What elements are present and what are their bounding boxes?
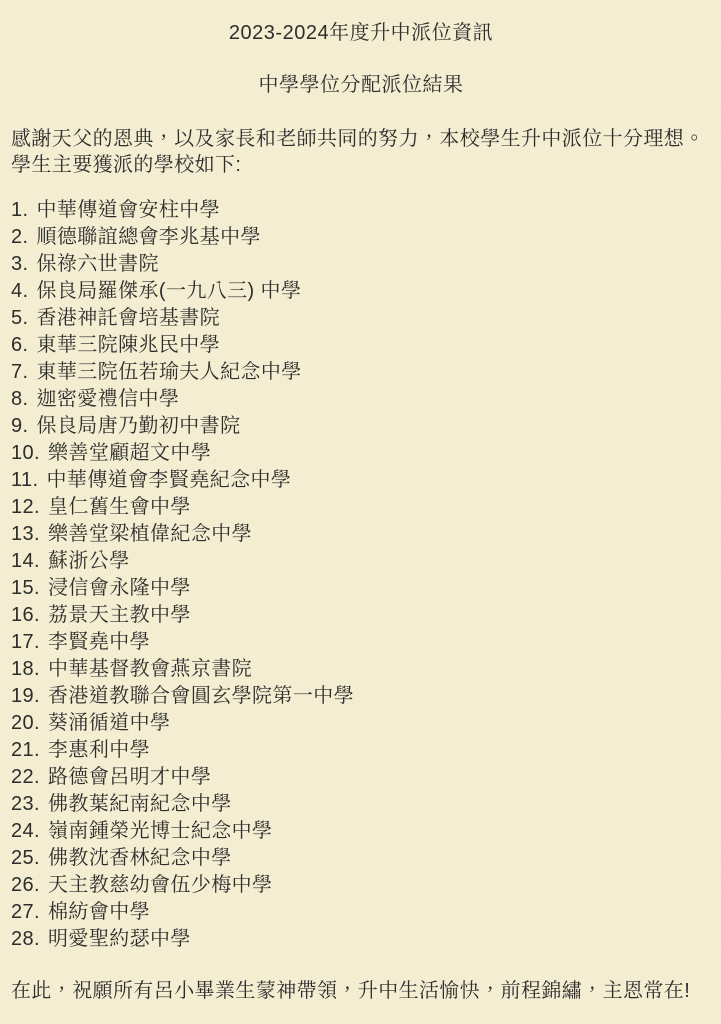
school-list-item: 12.皇仁舊生會中學 — [11, 494, 711, 521]
school-name: 天主教慈幼會伍少梅中學 — [48, 874, 272, 896]
school-rank: 22. — [11, 766, 40, 788]
school-rank: 10. — [11, 442, 40, 464]
school-list-item: 25.佛教沈香林紀念中學 — [11, 845, 711, 872]
school-list-item: 11.中華傳道會李賢堯紀念中學 — [11, 467, 711, 494]
school-list-item: 17.李賢堯中學 — [11, 629, 711, 656]
school-rank: 8. — [11, 388, 28, 410]
school-rank: 2. — [11, 226, 28, 248]
school-name: 棉紡會中學 — [48, 901, 150, 923]
school-name: 中華傳道會安柱中學 — [36, 199, 220, 221]
school-rank: 9. — [11, 415, 28, 437]
school-name: 佛教沈香林紀念中學 — [48, 847, 232, 869]
school-list-item: 10.樂善堂顧超文中學 — [11, 440, 711, 467]
school-name: 順德聯誼總會李兆基中學 — [36, 226, 260, 248]
school-name: 嶺南鍾榮光博士紀念中學 — [48, 820, 272, 842]
school-list-item: 21.李惠利中學 — [11, 737, 711, 764]
school-rank: 6. — [11, 334, 28, 356]
school-rank: 3. — [11, 253, 28, 275]
school-rank: 27. — [11, 901, 40, 923]
page-subtitle: 中學學位分配派位結果 — [11, 72, 711, 99]
school-rank: 23. — [11, 793, 40, 815]
school-name: 蘇浙公學 — [48, 550, 130, 572]
school-list-item: 20.葵涌循道中學 — [11, 710, 711, 737]
school-rank: 11. — [11, 469, 39, 491]
school-name: 浸信會永隆中學 — [48, 577, 191, 599]
school-name: 李惠利中學 — [48, 739, 150, 761]
school-rank: 12. — [11, 496, 40, 518]
school-name: 中華基督教會燕京書院 — [48, 658, 252, 680]
intro-paragraph: 感謝天父的恩典，以及家長和老師共同的努力，本校學生升中派位十分理想。 學生主要獲… — [11, 126, 711, 178]
page-title: 2023-2024年度升中派位資訊 — [11, 20, 711, 47]
school-name: 保祿六世書院 — [36, 253, 158, 275]
school-rank: 18. — [11, 658, 40, 680]
school-rank: 7. — [11, 361, 28, 383]
school-name: 中華傳道會李賢堯紀念中學 — [47, 469, 292, 491]
school-rank: 17. — [11, 631, 40, 653]
school-name: 東華三院伍若瑜夫人紀念中學 — [36, 361, 301, 383]
school-name: 樂善堂顧超文中學 — [48, 442, 211, 464]
school-list-item: 15.浸信會永隆中學 — [11, 575, 711, 602]
school-list-item: 13.樂善堂梁植偉紀念中學 — [11, 521, 711, 548]
school-list-item: 27.棉紡會中學 — [11, 899, 711, 926]
school-rank: 21. — [11, 739, 40, 761]
school-name: 皇仁舊生會中學 — [48, 496, 191, 518]
school-name: 葵涌循道中學 — [48, 712, 170, 734]
school-list-item: 1.中華傳道會安柱中學 — [11, 197, 711, 224]
school-name: 樂善堂梁植偉紀念中學 — [48, 523, 252, 545]
school-list-item: 8.迦密愛禮信中學 — [11, 386, 711, 413]
school-rank: 24. — [11, 820, 40, 842]
school-list-item: 9.保良局唐乃勤初中書院 — [11, 413, 711, 440]
school-name: 香港道教聯合會圓玄學院第一中學 — [48, 685, 354, 707]
school-rank: 13. — [11, 523, 40, 545]
school-name: 東華三院陳兆民中學 — [36, 334, 220, 356]
notice-page: 2023-2024年度升中派位資訊 中學學位分配派位結果 感謝天父的恩典，以及家… — [0, 20, 721, 1005]
school-name: 路德會呂明才中學 — [48, 766, 211, 788]
school-name: 明愛聖約瑟中學 — [48, 928, 191, 950]
school-rank: 16. — [11, 604, 40, 626]
school-rank: 5. — [11, 307, 28, 329]
school-list-item: 2.順德聯誼總會李兆基中學 — [11, 224, 711, 251]
school-name: 香港神託會培基書院 — [36, 307, 220, 329]
school-rank: 25. — [11, 847, 40, 869]
school-list-item: 18.中華基督教會燕京書院 — [11, 656, 711, 683]
school-rank: 26. — [11, 874, 40, 896]
school-name: 保良局唐乃勤初中書院 — [36, 415, 240, 437]
school-list-item: 28.明愛聖約瑟中學 — [11, 926, 711, 953]
school-list-item: 24.嶺南鍾榮光博士紀念中學 — [11, 818, 711, 845]
school-rank: 14. — [11, 550, 40, 572]
school-list-item: 7.東華三院伍若瑜夫人紀念中學 — [11, 359, 711, 386]
school-list: 1.中華傳道會安柱中學 2.順德聯誼總會李兆基中學 3.保祿六世書院 4.保良局… — [11, 197, 711, 953]
school-list-item: 26.天主教慈幼會伍少梅中學 — [11, 872, 711, 899]
school-list-item: 19.香港道教聯合會圓玄學院第一中學 — [11, 683, 711, 710]
school-name: 佛教葉紀南紀念中學 — [48, 793, 232, 815]
school-rank: 20. — [11, 712, 40, 734]
school-name: 保良局羅傑承(一九八三) 中學 — [36, 280, 301, 302]
closing-paragraph: 在此，祝願所有呂小畢業生蒙神帶領，升中生活愉快，前程錦繡，主恩常在! — [11, 978, 711, 1005]
school-list-item: 5.香港神託會培基書院 — [11, 305, 711, 332]
school-name: 荔景天主教中學 — [48, 604, 191, 626]
school-list-item: 16.荔景天主教中學 — [11, 602, 711, 629]
school-list-item: 3.保祿六世書院 — [11, 251, 711, 278]
school-name: 李賢堯中學 — [48, 631, 150, 653]
school-rank: 1. — [11, 199, 28, 221]
school-rank: 19. — [11, 685, 40, 707]
school-rank: 15. — [11, 577, 40, 599]
school-list-item: 23.佛教葉紀南紀念中學 — [11, 791, 711, 818]
school-list-item: 6.東華三院陳兆民中學 — [11, 332, 711, 359]
school-list-item: 22.路德會呂明才中學 — [11, 764, 711, 791]
school-name: 迦密愛禮信中學 — [36, 388, 179, 410]
school-list-item: 14.蘇浙公學 — [11, 548, 711, 575]
school-rank: 4. — [11, 280, 28, 302]
school-rank: 28. — [11, 928, 40, 950]
school-list-item: 4.保良局羅傑承(一九八三) 中學 — [11, 278, 711, 305]
